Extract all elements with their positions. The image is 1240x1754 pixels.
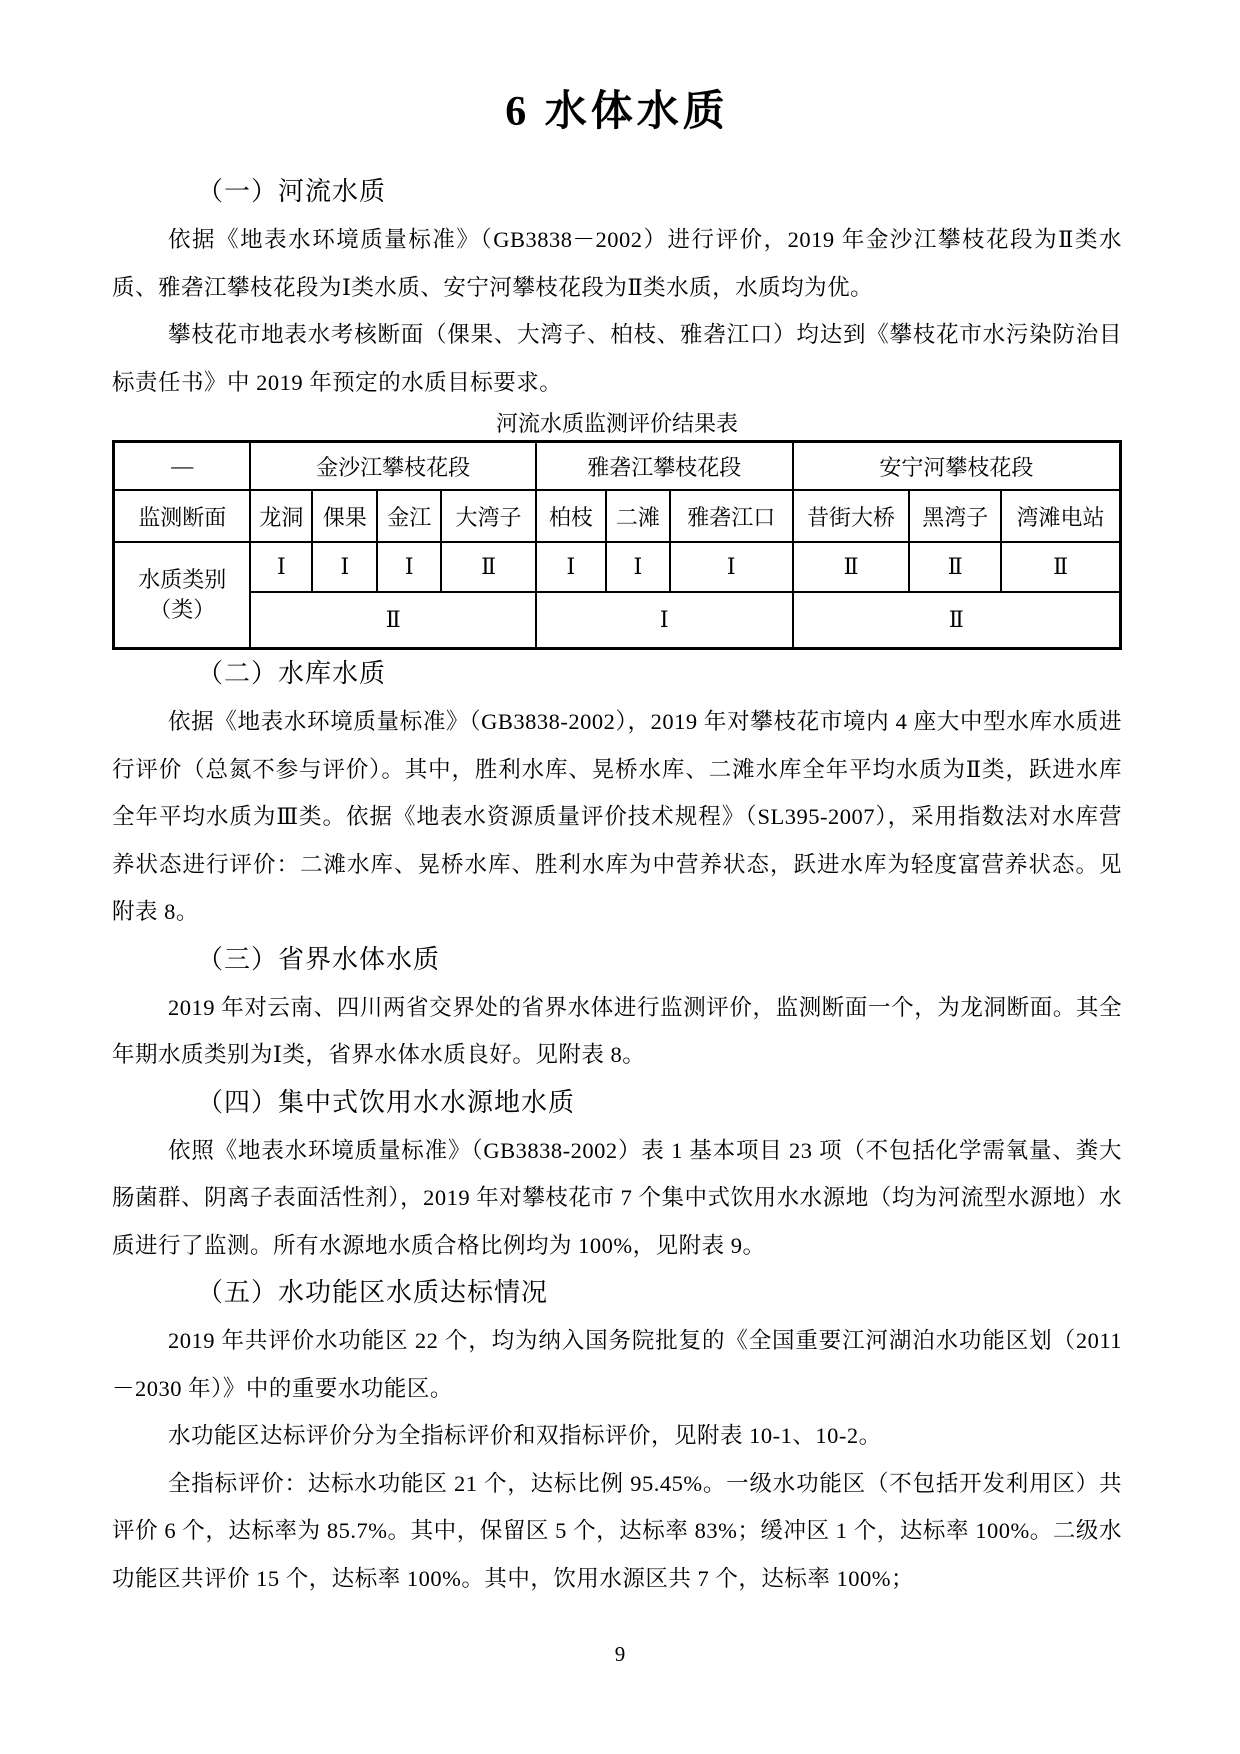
table-corner-cell: —	[114, 442, 251, 491]
section-heading-water-function-zone: （五）水功能区水质达标情况	[112, 1269, 1122, 1317]
station-cell: 雅砻江口	[670, 490, 793, 542]
overall-class-cell: Ⅱ	[250, 592, 535, 649]
class-label-line1: 水质类别	[117, 565, 247, 595]
station-cell: 龙洞	[250, 490, 312, 542]
class-cell: Ⅰ	[377, 542, 441, 592]
class-cell: Ⅰ	[670, 542, 793, 592]
section-heading-drinking-water-source-quality: （四）集中式饮用水水源地水质	[112, 1079, 1122, 1127]
class-cell: Ⅱ	[1001, 542, 1120, 592]
table-group-header: 金沙江攀枝花段	[250, 442, 535, 491]
table-row-header: 监测断面	[114, 490, 251, 542]
overall-class-cell: Ⅱ	[793, 592, 1121, 649]
section-heading-provincial-boundary-quality: （三）省界水体水质	[112, 936, 1122, 984]
section-heading-river-quality: （一）河流水质	[112, 168, 1122, 216]
class-cell: Ⅰ	[536, 542, 606, 592]
station-cell: 金江	[377, 490, 441, 542]
station-cell: 大湾子	[441, 490, 536, 542]
overall-class-cell: Ⅰ	[536, 592, 793, 649]
paragraph: 依照《地表水环境质量标准》（GB3838-2002）表 1 基本项目 23 项（…	[112, 1127, 1122, 1270]
station-cell: 昔街大桥	[793, 490, 910, 542]
station-cell: 柏枝	[536, 490, 606, 542]
table-group-header: 雅砻江攀枝花段	[536, 442, 793, 491]
table-caption: 河流水质监测评价结果表	[112, 408, 1122, 440]
class-cell: Ⅰ	[606, 542, 670, 592]
paragraph: 2019 年对云南、四川两省交界处的省界水体进行监测评价，监测断面一个，为龙洞断…	[112, 984, 1122, 1079]
class-cell: Ⅰ	[250, 542, 312, 592]
class-cell: Ⅰ	[312, 542, 377, 592]
paragraph: 水功能区达标评价分为全指标评价和双指标评价，见附表 10-1、10-2。	[112, 1412, 1122, 1460]
class-cell: Ⅱ	[441, 542, 536, 592]
paragraph: 依据《地表水环境质量标准》（GB3838-2002），2019 年对攀枝花市境内…	[112, 698, 1122, 936]
paragraph: 攀枝花市地表水考核断面（倮果、大湾子、柏枝、雅砻江口）均达到《攀枝花市水污染防治…	[112, 311, 1122, 406]
station-cell: 黑湾子	[909, 490, 1001, 542]
paragraph: 全指标评价：达标水功能区 21 个，达标比例 95.45%。一级水功能区（不包括…	[112, 1460, 1122, 1603]
table-row-header: 水质类别 （类）	[114, 542, 251, 649]
paragraph: 2019 年共评价水功能区 22 个，均为纳入国务院批复的《全国重要江河湖泊水功…	[112, 1317, 1122, 1412]
station-cell: 倮果	[312, 490, 377, 542]
document-page: 6 水体水质 （一）河流水质 依据《地表水环境质量标准》（GB3838－2002…	[0, 0, 1240, 1754]
station-cell: 二滩	[606, 490, 670, 542]
paragraph: 依据《地表水环境质量标准》（GB3838－2002）进行评价，2019 年金沙江…	[112, 216, 1122, 311]
page-number: 9	[0, 1642, 1240, 1667]
class-cell: Ⅱ	[909, 542, 1001, 592]
table-group-header: 安宁河攀枝花段	[793, 442, 1121, 491]
section-heading-reservoir-quality: （二）水库水质	[112, 650, 1122, 698]
class-cell: Ⅱ	[793, 542, 910, 592]
page-title: 6 水体水质	[112, 80, 1122, 144]
class-label-line2: （类）	[117, 595, 247, 625]
river-quality-table: — 金沙江攀枝花段 雅砻江攀枝花段 安宁河攀枝花段 监测断面 龙洞 倮果 金江 …	[112, 440, 1122, 650]
station-cell: 湾滩电站	[1001, 490, 1120, 542]
